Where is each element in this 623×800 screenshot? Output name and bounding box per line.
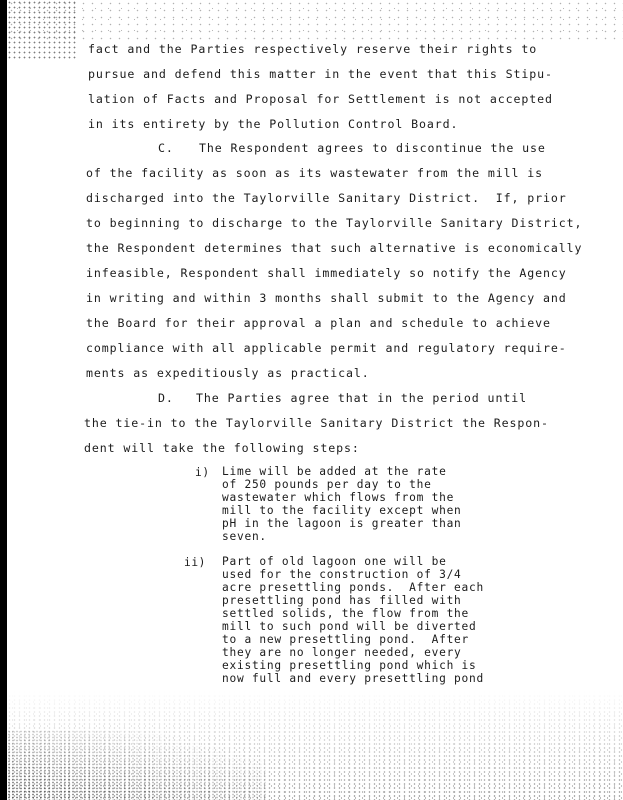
- text-line: the tie-in to the Taylorville Sanitary D…: [84, 416, 549, 430]
- text-line: Lime will be added at the rate: [222, 466, 447, 479]
- text-line: the Board for their approval a plan and …: [86, 316, 551, 330]
- text-line: settled solids, the flow from the: [222, 608, 469, 621]
- text-line: mill to the facility except when: [222, 505, 462, 518]
- text-line: used for the construction of 3/4: [222, 569, 462, 582]
- text-line: The Parties agree that in the period unt…: [196, 391, 527, 405]
- text-line: mill to such pond will be diverted: [222, 621, 477, 634]
- paragraph-label: C.: [158, 141, 174, 155]
- text-line: of the facility as soon as its wastewate…: [86, 166, 543, 180]
- text-line: infeasible, Respondent shall immediately…: [86, 266, 567, 280]
- text-line: pursue and defend this matter in the eve…: [88, 67, 553, 81]
- text-line: fact and the Parties respectively reserv…: [88, 42, 537, 56]
- text-line: Part of old lagoon one will be: [222, 556, 447, 569]
- text-line: dent will take the following steps:: [84, 441, 360, 455]
- text-line: existing presettling pond which is: [222, 660, 477, 673]
- text-line: to a new presettling pond. After: [222, 634, 469, 647]
- text-line: compliance with all applicable permit an…: [86, 341, 567, 355]
- step-label: i): [195, 466, 210, 479]
- text-line: discharged into the Taylorville Sanitary…: [86, 191, 567, 205]
- text-line: ments as expeditiously as practical.: [86, 366, 370, 380]
- text-line: pH in the lagoon is greater than: [222, 518, 462, 531]
- text-line: seven.: [222, 531, 267, 544]
- text-line: wastewater which flows from the: [222, 492, 454, 505]
- text-line: they are no longer needed, every: [222, 647, 462, 660]
- text-line: acre presettling ponds. After each: [222, 582, 484, 595]
- text-line: lation of Facts and Proposal for Settlem…: [88, 92, 553, 106]
- document-page: fact and the Parties respectively reserv…: [0, 0, 623, 800]
- text-line: the Respondent determines that such alte…: [86, 241, 582, 255]
- text-line: in writing and within 3 months shall sub…: [86, 291, 567, 305]
- text-line: presettling pond has filled with: [222, 595, 462, 608]
- text-line: to beginning to discharge to the Taylorv…: [86, 216, 582, 230]
- text-line: The Respondent agrees to discontinue the…: [199, 141, 546, 155]
- step-label: ii): [184, 556, 206, 569]
- text-line: in its entirety by the Pollution Control…: [88, 117, 458, 131]
- text-line: of 250 pounds per day to the: [222, 479, 432, 492]
- text-line: now full and every presettling pond: [222, 673, 484, 686]
- paragraph-label: D.: [158, 391, 174, 405]
